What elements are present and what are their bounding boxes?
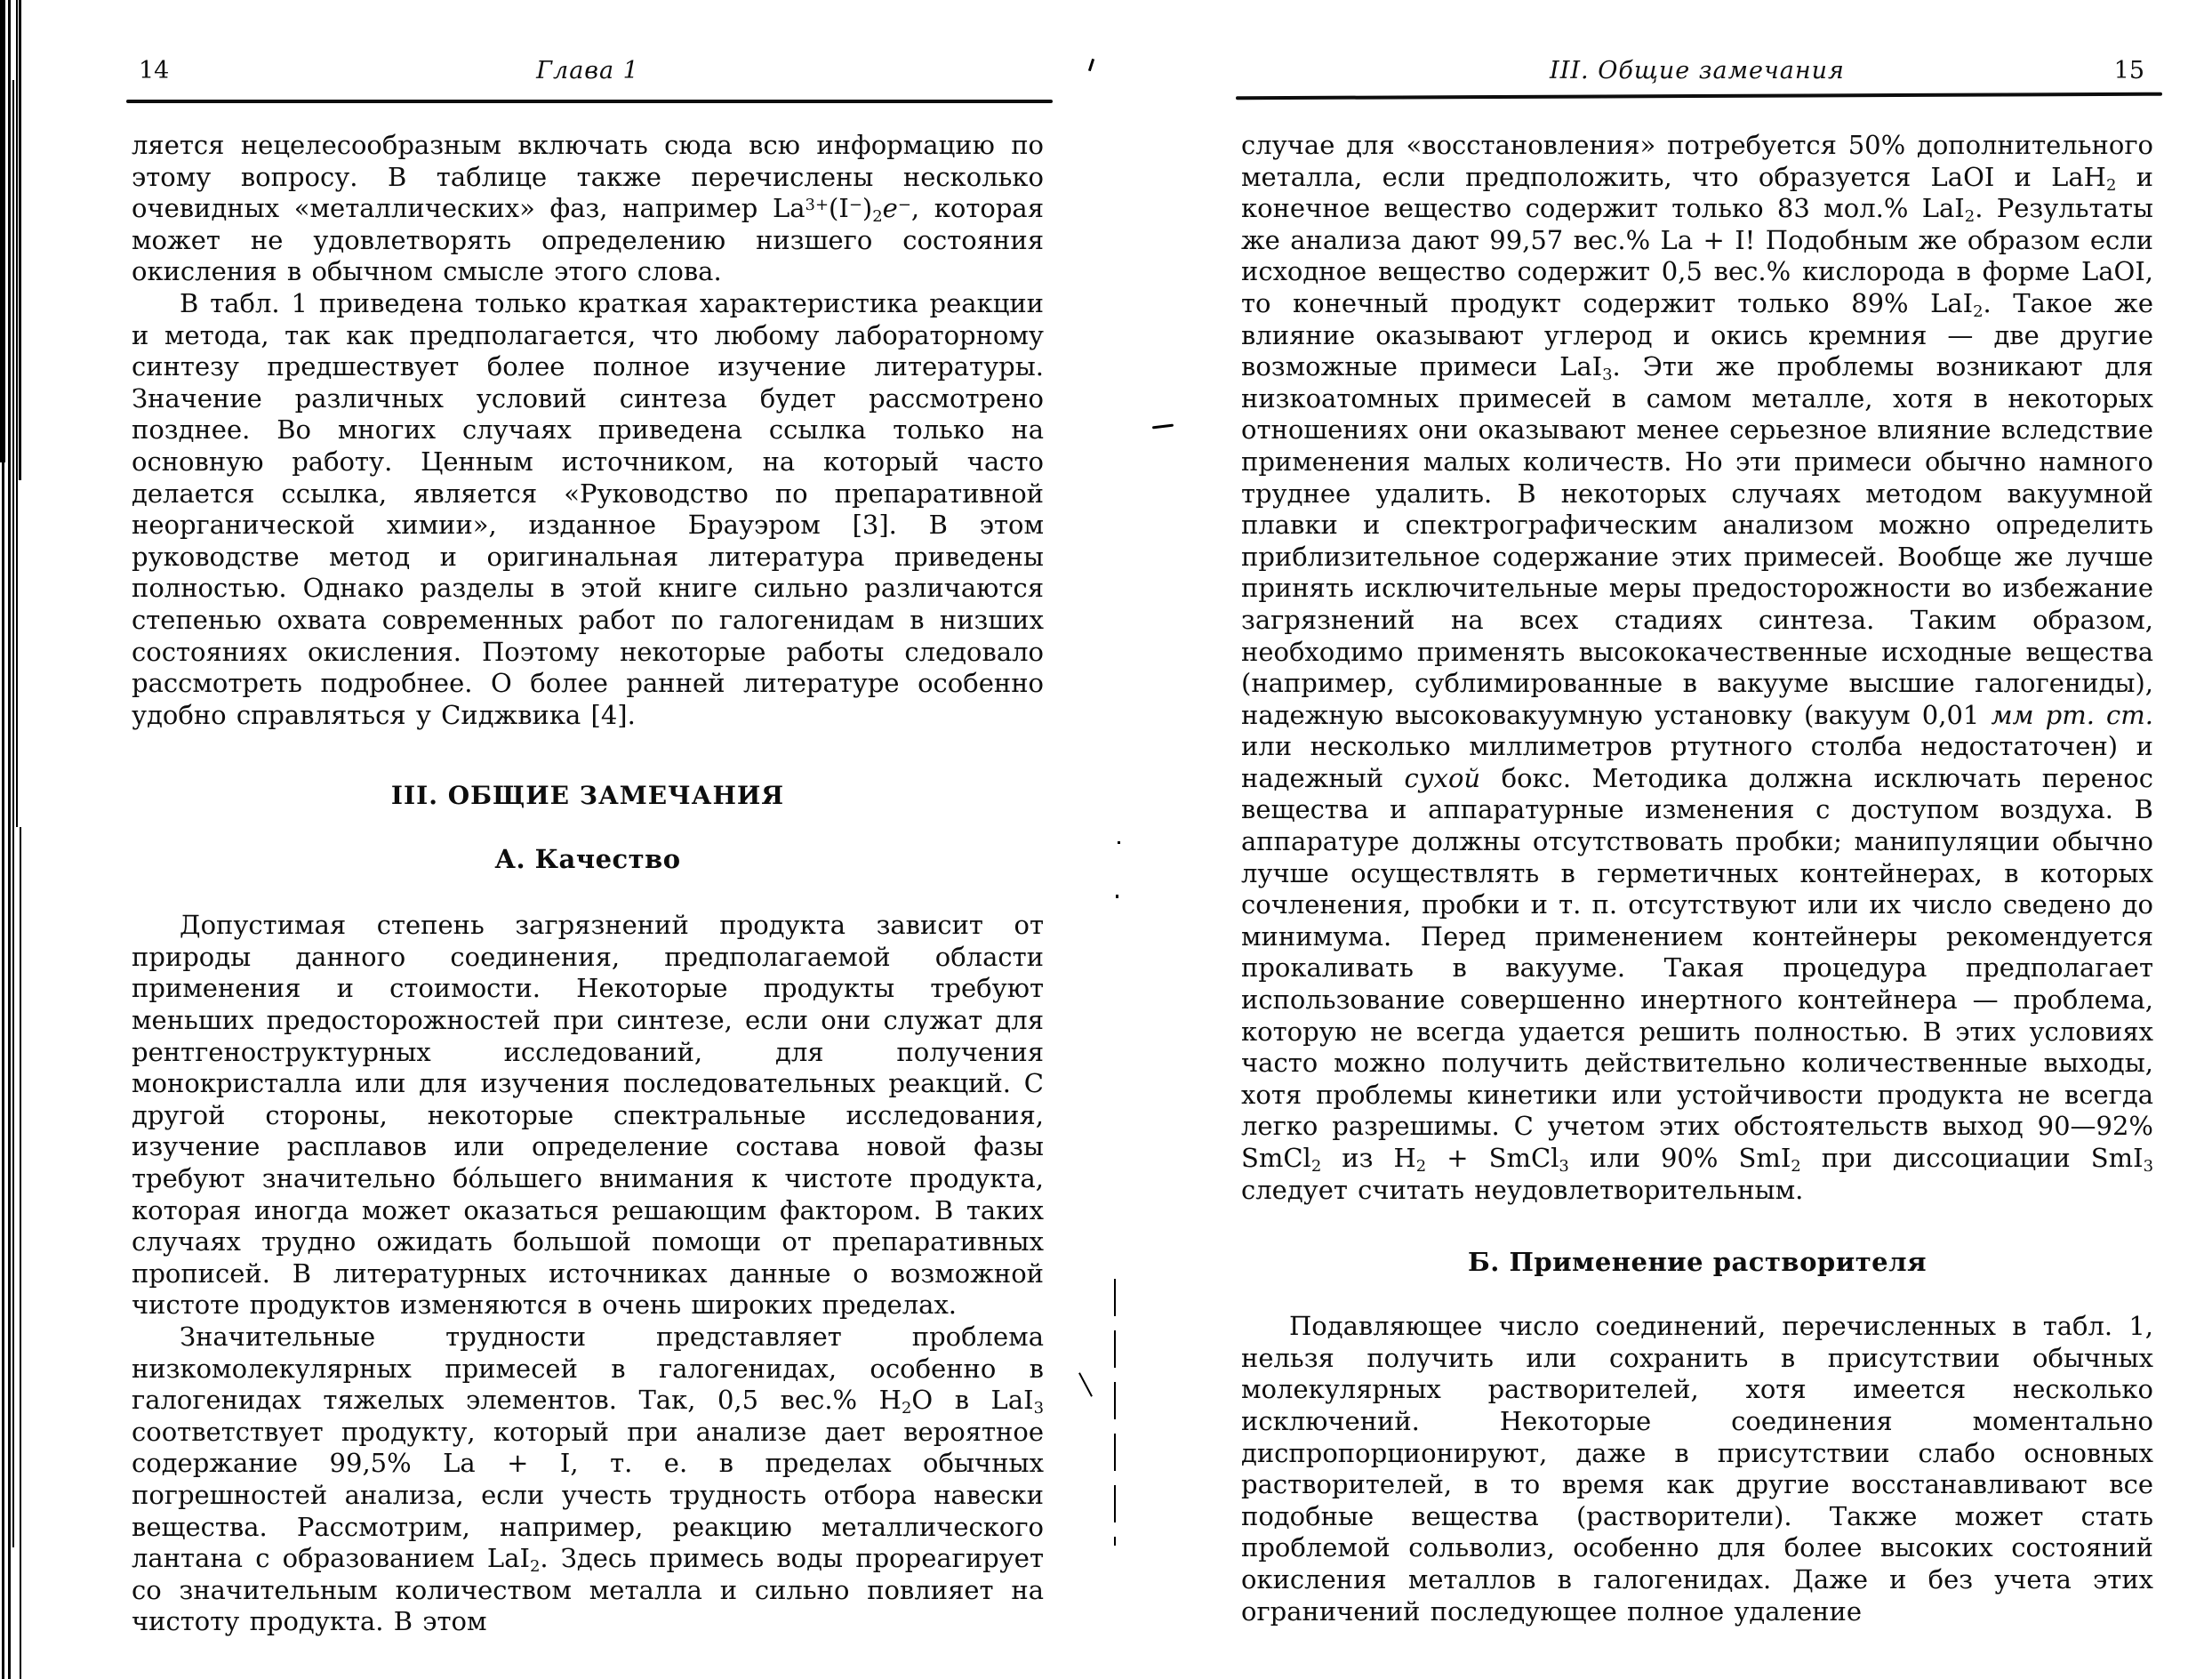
paragraph: Допустимая степень загрязнений продукта … (132, 910, 1044, 1322)
scan-artifact-tick (1088, 59, 1094, 71)
paragraph: В табл. 1 приведена только краткая харак… (132, 288, 1044, 731)
paragraph-continuation: случае для «восстановления» потребуется … (1241, 130, 2153, 1206)
scan-artifact-gutter-line (1114, 1279, 1116, 1546)
binding-streak (20, 827, 21, 1679)
book-binding-shadow (0, 0, 28, 1679)
left-running-title: Глава 1 (132, 57, 1044, 84)
right-page-body: случае для «восстановления» потребуется … (1241, 130, 2153, 1627)
subsection-heading-solvent: Б. Применение растворителя (1241, 1247, 2153, 1277)
left-page: 14 Глава 1 ляется нецелесообразным включ… (132, 0, 1044, 1679)
subsection-heading-quality: А. Качество (132, 844, 1044, 874)
binding-streak (8, 0, 11, 1679)
paragraph: Подавляющее число соединений, перечислен… (1241, 1311, 2153, 1627)
right-page: III. Общие замечания 15 случае для «восс… (1241, 0, 2153, 1679)
right-running-title: III. Общие замечания (1241, 57, 2153, 84)
paragraph-continuation: ляется нецелесообразным включать сюда вс… (132, 130, 1044, 288)
scan-artifact-dot (1116, 895, 1118, 898)
binding-streak (12, 80, 14, 1547)
right-page-number: 15 (2114, 57, 2144, 84)
binding-streak (19, 0, 21, 480)
binding-streak (16, 0, 18, 827)
section-heading: III. ОБЩИЕ ЗАМЕЧАНИЯ (132, 781, 1044, 810)
left-page-body: ляется нецелесообразным включать сюда вс… (132, 130, 1044, 1638)
right-page-header: III. Общие замечания 15 (1241, 57, 2153, 94)
scan-artifact-dot (1118, 841, 1120, 844)
left-header-rule (126, 100, 1053, 103)
scan-artifact-slash (1078, 1372, 1093, 1396)
left-page-header: 14 Глава 1 (132, 57, 1044, 94)
binding-streak (0, 0, 5, 462)
paragraph: Значительные трудности представляет проб… (132, 1322, 1044, 1638)
scan-artifact-dash (1152, 424, 1174, 430)
binding-streak (2, 462, 4, 1679)
scanned-book-spread: { "left_page": { "page_number": "14", "r… (0, 0, 2212, 1679)
